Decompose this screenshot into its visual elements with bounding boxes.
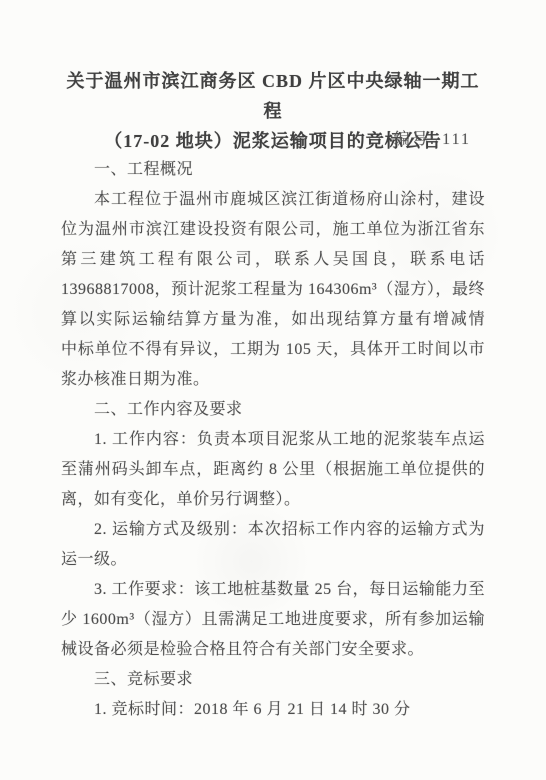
document-line: 1. 工作内容：负责本项目泥浆从工地的泥浆装车点运输 xyxy=(61,425,485,455)
document-line: 三、竞标要求 xyxy=(61,665,485,695)
document-line: 3. 工作要求：该工地桩基数量 25 台，每日运输能力至 xyxy=(61,575,485,605)
document-line: 2. 运输方式及级别：本次招标工作内容的运输方式为车 xyxy=(61,515,485,545)
document-line: 1. 竞标时间：2018 年 6 月 21 日 14 时 30 分 xyxy=(61,695,485,725)
document-line: 算以实际运输结算方量为准，如出现结算方量有增减情况， xyxy=(61,305,485,335)
document-line: 浆办核准日期为准。 xyxy=(61,365,485,395)
document-line: 13968817008，预计泥浆工程量为 164306m³（湿方），最终结 xyxy=(61,275,485,305)
document-line: 一、工程概况 xyxy=(61,155,485,185)
document-line: 二、工作内容及要求 xyxy=(61,395,485,425)
document-line: 位为温州市滨江建设投资有限公司，施工单位为浙江省东阳 xyxy=(61,215,485,245)
document-line: 至蒲州码头卸车点，距离约 8 公里（根据施工单位提供的距 xyxy=(61,455,485,485)
document-line: 运一级。 xyxy=(61,545,485,575)
document-line: 中标单位不得有异议，工期为 105 天，具体开工时间以市泥 xyxy=(61,335,485,365)
document-body: 一、工程概况本工程位于温州市鹿城区滨江街道杨府山涂村，建设单位为温州市滨江建设投… xyxy=(61,155,485,725)
document-title-line1: 关于温州市滨江商务区 CBD 片区中央绿轴一期工程 xyxy=(61,66,485,126)
scanned-document-page: 关于温州市滨江商务区 CBD 片区中央绿轴一期工程 （17-02 地块）泥浆运输… xyxy=(0,0,546,780)
document-number: 编号: 111 xyxy=(61,128,471,152)
document-line: 本工程位于温州市鹿城区滨江街道杨府山涂村，建设单 xyxy=(61,185,485,215)
document-line: 离，如有变化，单价另行调整）。 xyxy=(61,485,485,515)
document-line: 少 1600m³（湿方）且需满足工地进度要求，所有参加运输机 xyxy=(61,605,485,635)
document-line: 械设备必须是检验合格且符合有关部门安全要求。 xyxy=(61,635,485,665)
document-line: 第三建筑工程有限公司，联系人吴国良，联系电话 xyxy=(61,245,485,275)
